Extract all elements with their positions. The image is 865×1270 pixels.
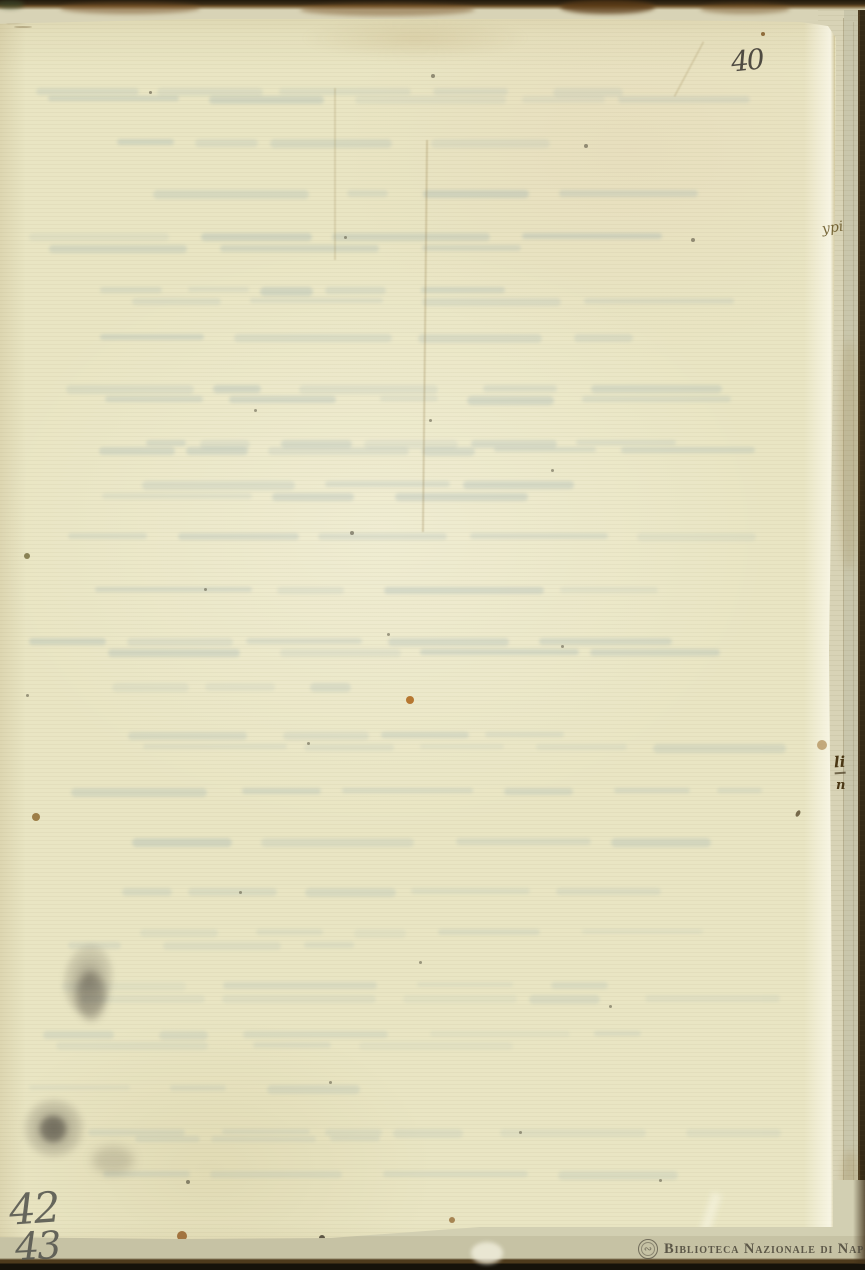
margin-fragment-ypi: ypi [821,219,844,238]
paper-speck [519,1131,522,1134]
paper-speck [431,74,435,78]
paper-speck [659,1179,662,1182]
library-seal-icon [638,1239,658,1259]
right-edge-stain [838,340,860,570]
paper-speck [344,236,347,239]
paper-speck [429,419,432,422]
foxing-spot [449,1217,455,1223]
page-stack-line [843,18,844,1253]
top-edge-stain [300,3,475,16]
page-stack-line [853,22,854,1252]
watermark-label: Biblioteca Nazionale di Napoli [664,1239,865,1259]
paper-speck [691,238,695,242]
paper-speck [584,144,588,148]
top-edge-stain [0,0,24,9]
paper-speck [254,409,257,412]
library-watermark: Biblioteca Nazionale di Napoli [638,1239,865,1259]
paper-speck [609,1005,612,1008]
paper-speck [551,469,554,472]
paper-speck [239,891,242,894]
margin-fragment-n: n [836,778,845,793]
paper-speck [761,32,765,36]
foxing-spot [24,553,30,559]
light-spot [471,1242,503,1264]
margin-fragment-li: li [833,753,846,775]
manuscript-page: 40 [0,0,865,1270]
foxing-spot [817,740,827,750]
paper-speck [186,1180,190,1184]
paper-speck [307,742,310,745]
folio-number: 40 [729,42,764,78]
paper-speck [149,91,152,94]
top-edge-stain [60,2,200,14]
foxing-spot [406,696,414,704]
pencil-number-43: 43 [14,1223,61,1269]
paper-speck [329,1081,332,1084]
foxing-spot [32,813,40,821]
paper-speck [204,588,207,591]
paper-speck [350,531,354,535]
foxing-spots [0,0,865,1270]
paper-speck [26,694,29,697]
paper-speck [387,633,390,636]
top-edge-stain [560,0,655,14]
paper-speck [419,961,422,964]
paper-speck [561,645,564,648]
top-edge-stain [700,3,790,14]
manuscript-scan: 40 42 43 ypi li n Biblioteca Nazionale d… [0,0,865,1270]
